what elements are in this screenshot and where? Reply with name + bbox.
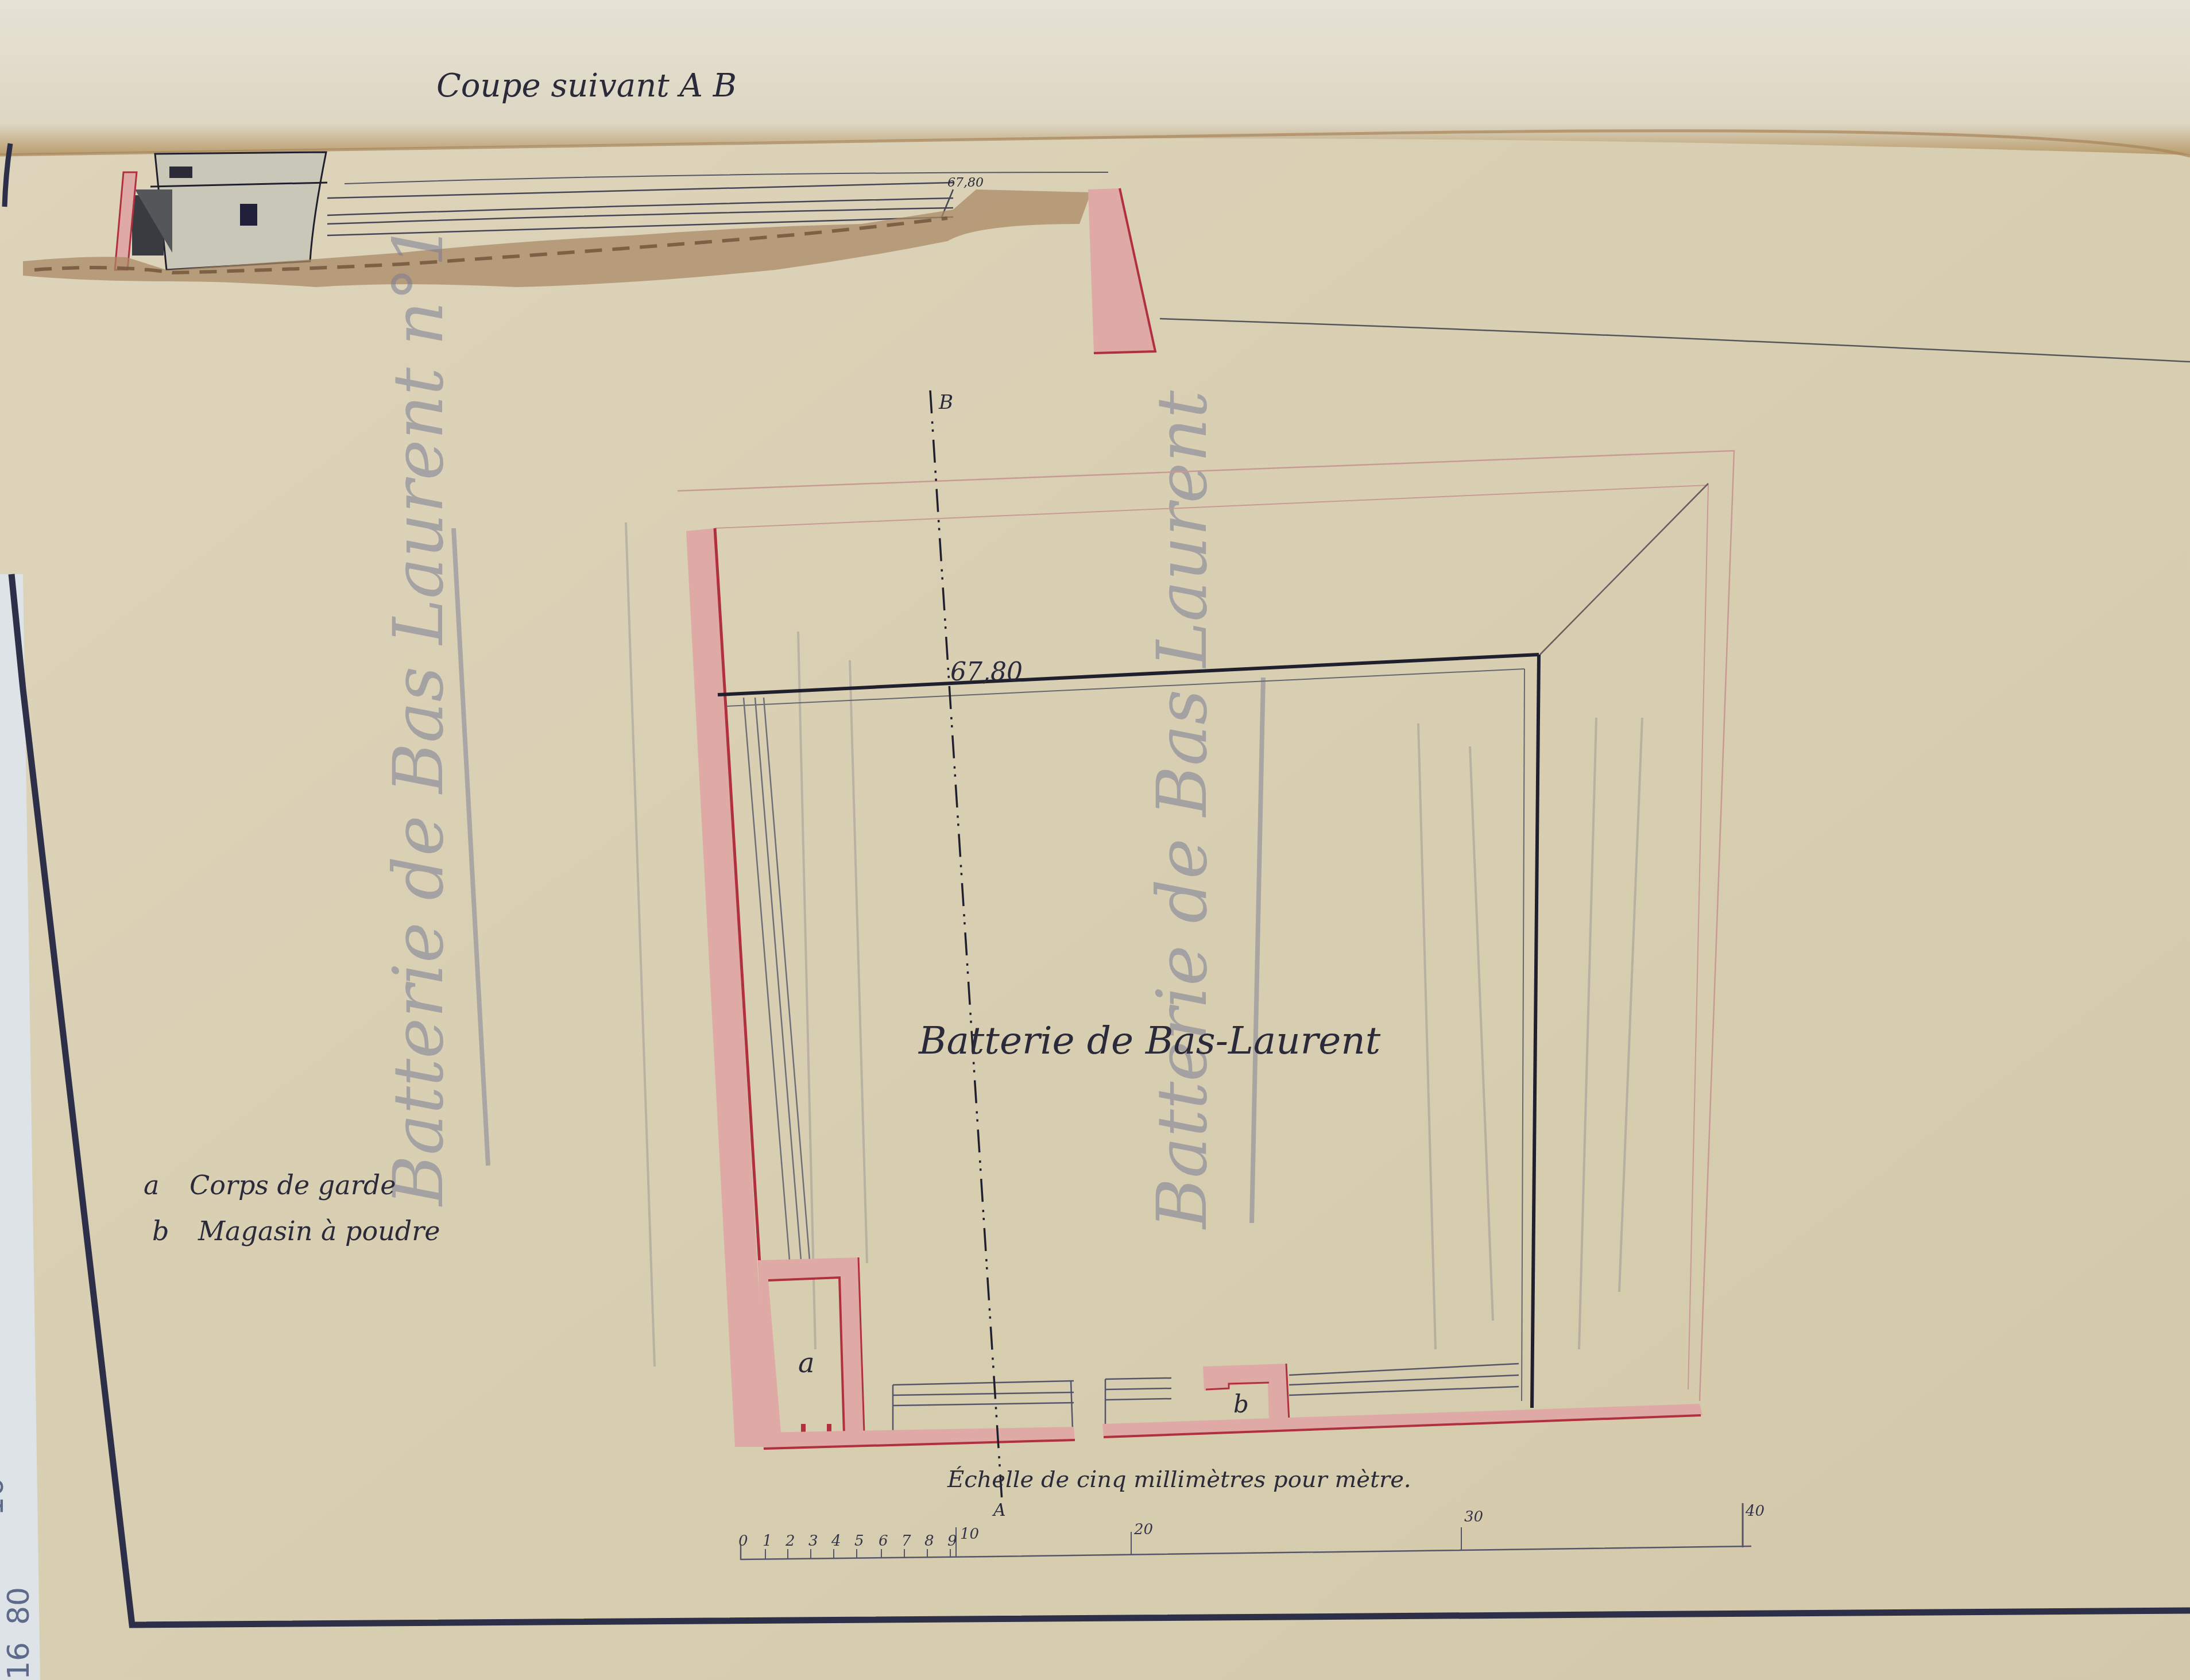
scale-caption: Échelle de cinq millimètres pour mètre.: [947, 1466, 1411, 1493]
scale-tick-4: 4: [831, 1532, 841, 1550]
legend-text-a: Corps de garde: [189, 1170, 396, 1201]
room-label-b: b: [1233, 1390, 1249, 1418]
scale-tick-9: 9: [947, 1532, 957, 1550]
scale-tick-30: 30: [1464, 1508, 1483, 1526]
legend-key-a: a: [144, 1170, 159, 1201]
scale-tick-20: 20: [1133, 1521, 1153, 1538]
legend-key-b: b: [152, 1216, 169, 1247]
show-through-center-title: Batterie de Bas Laurent: [1143, 390, 1222, 1230]
plan-title: Batterie de Bas-Laurent: [918, 1019, 1381, 1063]
scale-tick-1: 1: [763, 1532, 772, 1550]
margin-note-3: 16: [2, 1642, 36, 1680]
scale-tick-7: 7: [901, 1532, 911, 1550]
scale-tick-5: 5: [854, 1532, 864, 1550]
section-elevation-label: 67,80: [947, 176, 984, 190]
margin-note-1: 16: [0, 1478, 10, 1516]
scale-tick-8: 8: [924, 1532, 934, 1550]
room-label-a: a: [798, 1347, 815, 1379]
scale-tick-2: 2: [785, 1532, 795, 1550]
scale-tick-3: 3: [808, 1532, 818, 1550]
section-marker-a: A: [992, 1500, 1006, 1520]
scale-tick-10: 10: [960, 1526, 979, 1543]
legend-text-b: Magasin à poudre: [198, 1216, 440, 1247]
section-marker-b: B: [938, 391, 953, 414]
show-through-left-title: Batterie de Bas Laurent n°1: [379, 223, 459, 1207]
scale-tick-0: 0: [738, 1532, 748, 1550]
plan-elevation-label: 67,80: [950, 657, 1023, 687]
drawing-sheet: Coupe suivant A B 67,80 Batterie de Bas …: [0, 0, 2190, 1680]
section-title: Coupe suivant A B: [436, 67, 737, 104]
scale-tick-40: 40: [1745, 1503, 1765, 1520]
section-window: [240, 204, 257, 226]
margin-note-2: 80: [2, 1587, 36, 1625]
scale-tick-6: 6: [879, 1532, 888, 1550]
